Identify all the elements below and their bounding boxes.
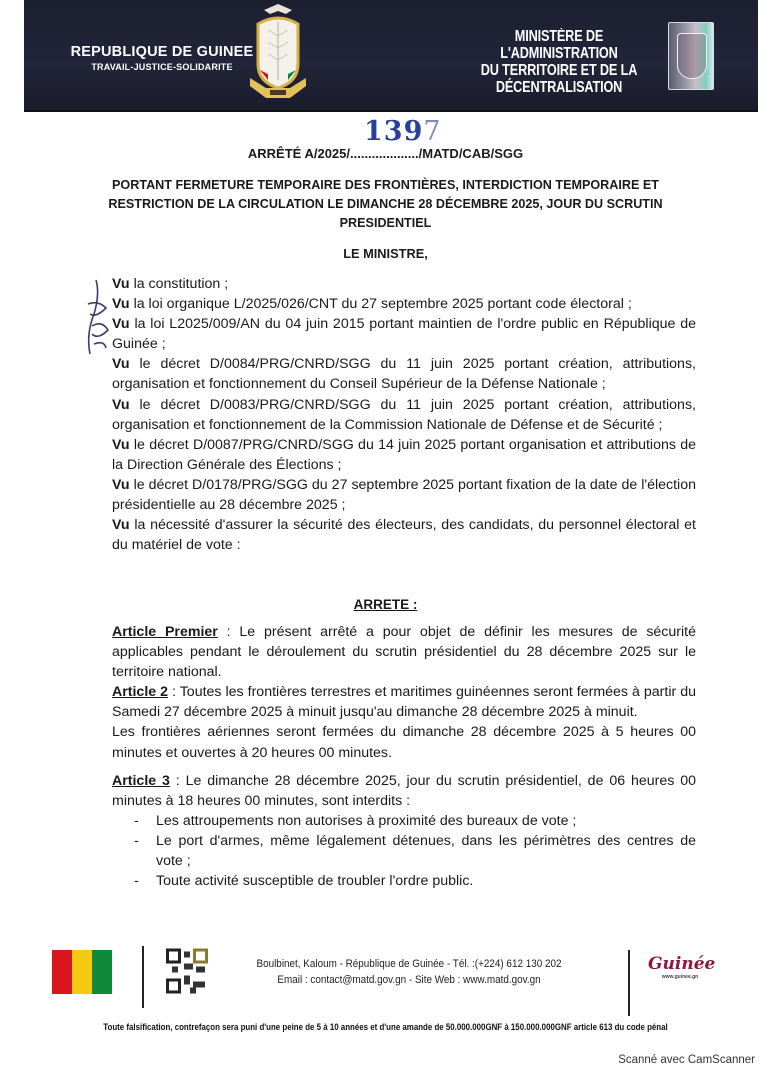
- guinea-flag-icon: [52, 950, 112, 994]
- initials-signature-icon: [84, 274, 112, 360]
- falsification-warning: Toute falsification, contrefaçon sera pu…: [58, 1022, 713, 1032]
- prohibition-item: Les attroupements non autorises à proxim…: [134, 811, 696, 831]
- ministry-emblem-icon: [668, 22, 714, 90]
- letterhead-footer: Boulbinet, Kaloum - République de Guinée…: [0, 940, 771, 1020]
- handwritten-decree-number: 1397: [364, 116, 442, 147]
- consideration-item: Vu le décret D/0178/PRG/SGG du 27 septem…: [112, 475, 696, 515]
- footer-divider: [628, 950, 630, 1016]
- footer-divider: [142, 946, 144, 1008]
- article-2: Article 2 : Toutes les frontières terres…: [112, 682, 696, 722]
- article-3: Article 3 : Le dimanche 28 décembre 2025…: [112, 771, 696, 811]
- article-2-air-borders: Les frontières aériennes seront fermées …: [112, 722, 696, 762]
- consideration-item: Vu la nécessité d'assurer la sécurité de…: [112, 515, 696, 555]
- coat-of-arms-icon: [246, 2, 310, 106]
- arrete-heading: ARRETE :: [0, 597, 771, 612]
- consideration-item: Vu la loi organique L/2025/026/CNT du 27…: [112, 294, 696, 314]
- consideration-item: Vu la loi L2025/009/AN du 04 juin 2015 p…: [112, 314, 696, 354]
- email-website: Email : contact@matd.gov.gn - Site Web :…: [243, 972, 576, 988]
- prohibition-item: Toute activité susceptible de troubler l…: [134, 871, 696, 891]
- article-1: Article Premier : Le présent arrêté a po…: [112, 622, 696, 682]
- national-motto: TRAVAIL-JUSTICE-SOLIDARITE: [62, 62, 262, 72]
- letterhead-banner: REPUBLIQUE DE GUINEE TRAVAIL-JUSTICE-SOL…: [24, 0, 758, 112]
- ministry-name: MINISTÈRE DE L'ADMINISTRATION DU TERRITO…: [465, 28, 654, 96]
- minister-heading: LE MINISTRE,: [0, 246, 771, 261]
- consideration-item: Vu la constitution ;: [112, 274, 696, 294]
- article-3-prohibitions: Les attroupements non autorises à proxim…: [134, 811, 696, 891]
- republic-name: REPUBLIQUE DE GUINEE: [62, 44, 262, 60]
- decree-reference: 1397 ARRÊTÉ A/2025/.................../M…: [0, 146, 771, 161]
- address-phone: Boulbinet, Kaloum - République de Guinée…: [243, 956, 576, 972]
- consideration-item: Vu le décret D/0087/PRG/CNRD/SGG du 14 j…: [112, 435, 696, 475]
- contact-info: Boulbinet, Kaloum - République de Guinée…: [243, 956, 576, 988]
- qr-code-icon[interactable]: [166, 948, 208, 994]
- prohibition-item: Le port d'armes, même légalement détenue…: [134, 831, 696, 871]
- consideration-item: Vu le décret D/0083/PRG/CNRD/SGG du 11 j…: [112, 395, 696, 435]
- articles-section: Article Premier : Le présent arrêté a po…: [112, 622, 696, 891]
- considerations-list: Vu la constitution ; Vu la loi organique…: [112, 274, 696, 555]
- decree-title: PORTANT FERMETURE TEMPORAIRE DES FRONTIÈ…: [100, 176, 671, 233]
- guinee-brand-logo: Guinée www.guinee.gn: [648, 954, 712, 994]
- camscanner-watermark: Scanné avec CamScanner: [618, 1054, 755, 1066]
- republic-block: REPUBLIQUE DE GUINEE TRAVAIL-JUSTICE-SOL…: [62, 44, 262, 72]
- consideration-item: Vu le décret D/0084/PRG/CNRD/SGG du 11 j…: [112, 354, 696, 394]
